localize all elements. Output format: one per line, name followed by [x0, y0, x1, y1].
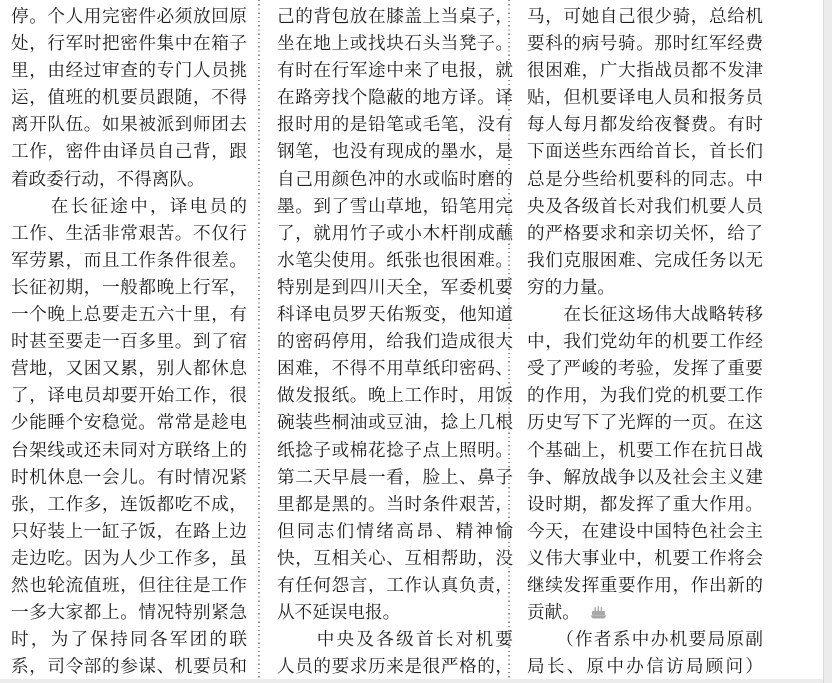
text-line: 央及各级首长对我们机要人员	[527, 193, 763, 220]
text-line: （作者系中办机要局原副	[527, 626, 763, 653]
text-line: 离开队伍。如果被派到师团去	[11, 111, 247, 138]
text-line: 今天，在建设中国特色社会主	[527, 518, 763, 545]
text-line: 着政委行动，不得离队。	[11, 166, 247, 193]
text-line: 己的背包放在膝盖上当桌子，	[277, 3, 513, 30]
text-line: 工作，密件由译员自己背，跟	[11, 138, 247, 165]
text-line: 特别是到四川天全，军委机要	[277, 274, 513, 301]
article-end-mark-icon	[589, 605, 608, 619]
text-line: 走边吃。因为人少工作多，虽	[11, 545, 247, 572]
text-column-2: 己的背包放在膝盖上当桌子，坐在地上或找块石头当凳子。有时在行军途中来了电报，就在…	[277, 3, 513, 680]
text-line: 贡献。	[527, 599, 763, 626]
text-line: 继续发挥重要作用，作出新的	[527, 572, 763, 599]
text-line: 贴，但机要译电人员和报务员	[527, 84, 763, 111]
text-line: 的严格要求和亲切关怀，给了	[527, 220, 763, 247]
text-line: 时，为了保持同各军团的联	[11, 626, 247, 653]
text-line: 时机休息一会儿。有时情况紧	[11, 464, 247, 491]
text-column-1: 停。个人用完密件必须放回原处，行军时把密件集中在箱子里，由经过审查的专门人员挑运…	[11, 3, 247, 680]
text-line: 但同志们情绪高昂、精神愉	[277, 518, 513, 545]
document-page: 停。个人用完密件必须放回原处，行军时把密件集中在箱子里，由经过审查的专门人员挑运…	[0, 0, 832, 683]
text-line: 在长征这场伟大战略转移	[527, 301, 763, 328]
text-line: 马，可她自己很少骑，总给机	[527, 3, 763, 30]
text-line: 设时期，都发挥了重大作用。	[527, 491, 763, 518]
text-line: 一个晚上总要走五六十里，有	[11, 301, 247, 328]
text-line: 坐在地上或找块石头当凳子。	[277, 30, 513, 57]
text-column-3: 马，可她自己很少骑，总给机要科的病号骑。那时红军经费很困难，广大指战员都不发津贴…	[527, 3, 763, 680]
text-line: 中央及各级首长对机要	[277, 626, 513, 653]
text-line: 中，我们党幼年的机要工作经	[527, 328, 763, 355]
text-line: 长征初期，一般都晚上行军，	[11, 274, 247, 301]
text-line: 一多大家都上。情况特别紧急	[11, 599, 247, 626]
text-line: 快，互相关心、互相帮助，没	[277, 545, 513, 572]
text-line: 墨。到了雪山草地，铅笔用完	[277, 193, 513, 220]
column-separator-dotted-1	[258, 0, 260, 683]
text-line: 水笔尖使用。纸张也很困难。	[277, 247, 513, 274]
text-line: 有任何怨言，工作认真负责，	[277, 572, 513, 599]
text-line: 做发报纸。晚上工作时，用饭	[277, 382, 513, 409]
text-line: 每人每月都发给夜餐费。有时	[527, 111, 763, 138]
text-line: 我们克服困难、完成任务以无	[527, 247, 763, 274]
text-line: 营地，又困又累，别人都休息	[11, 355, 247, 382]
text-line: 要科的病号骑。那时红军经费	[527, 30, 763, 57]
text-line: 系，司令部的参谋、机要员和	[11, 653, 247, 680]
text-line: 停。个人用完密件必须放回原	[11, 3, 247, 30]
text-line: 个基础上，机要工作在抗日战	[527, 437, 763, 464]
text-line: 受了严峻的考验，发挥了重要	[527, 355, 763, 382]
text-line: 运，值班的机要员跟随，不得	[11, 84, 247, 111]
text-line: 争、解放战争以及社会主义建	[527, 464, 763, 491]
text-line: 的作用，为我们党的机要工作	[527, 382, 763, 409]
text-line: 处，行军时把密件集中在箱子	[11, 30, 247, 57]
text-line: 局长、原中办信访局顾问）	[527, 653, 763, 680]
text-line: 历史写下了光辉的一页。在这	[527, 409, 763, 436]
text-line: 纸捻子或棉花捻子点上照明。	[277, 437, 513, 464]
text-line: 第二天早晨一看，脸上、鼻子	[277, 464, 513, 491]
text-line: 总是分些给机要科的同志。中	[527, 166, 763, 193]
text-line: 碗装些桐油或豆油，捻上几根	[277, 409, 513, 436]
text-line: 人员的要求历来是很严格的，	[277, 653, 513, 680]
text-line: 科译电员罗天佑叛变，他知道	[277, 301, 513, 328]
text-line: 台架线或还未同对方联络上的	[11, 437, 247, 464]
text-line: 很困难，广大指战员都不发津	[527, 57, 763, 84]
page-edge-right	[823, 0, 832, 683]
text-line: 从不延误电报。	[277, 599, 513, 626]
text-line: 自己用颜色冲的水或临时磨的	[277, 166, 513, 193]
text-line: 报时用的是铅笔或毛笔，没有	[277, 111, 513, 138]
text-line: 工作、生活非常艰苦。不仅行	[11, 220, 247, 247]
text-line: 里，由经过审查的专门人员挑	[11, 57, 247, 84]
text-line: 少能睡个安稳觉。常常是趁电	[11, 409, 247, 436]
text-line: 困难，不得不用草纸印密码、	[277, 355, 513, 382]
text-line: 的密码停用，给我们造成很大	[277, 328, 513, 355]
text-line: 在长征途中，译电员的	[11, 193, 247, 220]
text-line: 下面送些东西给首长，首长们	[527, 138, 763, 165]
text-line: 然也轮流值班，但往往是工作	[11, 572, 247, 599]
text-line: 了，就用竹子或小木杆削成蘸	[277, 220, 513, 247]
text-line: 只好装上一缸子饭，在路上边	[11, 518, 247, 545]
text-line: 里都是黑的。当时条件艰苦，	[277, 491, 513, 518]
text-line: 了，译电员却要开始工作，很	[11, 382, 247, 409]
page-edge-bottom	[0, 679, 823, 683]
text-line: 义伟大事业中，机要工作将会	[527, 545, 763, 572]
text-line: 时甚至要走一百多里。到了宿	[11, 328, 247, 355]
column-separator-dotted-2	[508, 0, 510, 683]
text-line: 军劳累，而且工作条件很差。	[11, 247, 247, 274]
text-line: 钢笔，也没有现成的墨水，是	[277, 138, 513, 165]
text-line: 有时在行军途中来了电报，就	[277, 57, 513, 84]
text-line: 张，工作多，连饭都吃不成，	[11, 491, 247, 518]
text-line: 在路旁找个隐蔽的地方译。译	[277, 84, 513, 111]
text-line: 穷的力量。	[527, 274, 763, 301]
